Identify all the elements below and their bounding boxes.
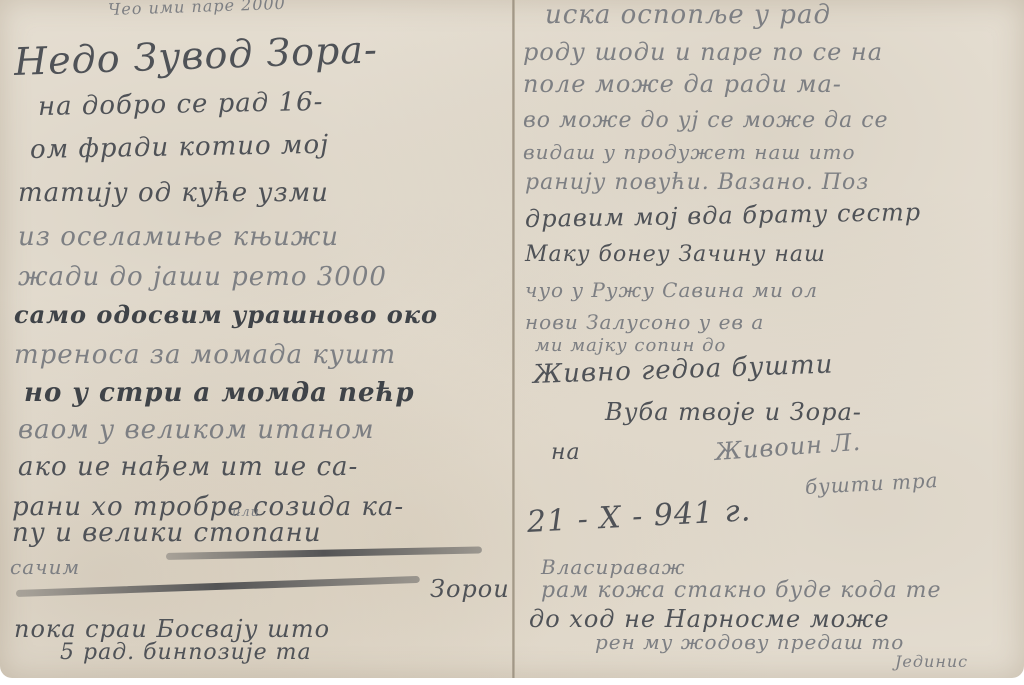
letter-line: 5 рад. бинпозије та (60, 640, 312, 665)
left-page: Чео ими паре 2000 Недо Зувод Зора- на до… (0, 0, 512, 678)
date: 21 - X - 941 г. (526, 493, 752, 540)
letter-line: Вуба твоје и Зора- (605, 398, 862, 426)
letter-line: ваом у великом итаном (18, 415, 375, 445)
letter-line: из оселамиње књижи (18, 222, 339, 252)
letter-line: татију од куће узми (18, 178, 329, 208)
letter-line: но у стри а момда пећр (24, 378, 415, 408)
letter-line: видаш у продужет наш ито (523, 140, 856, 164)
letter-line: до ход не Нарносме може (529, 605, 890, 633)
letter-line: на (551, 440, 581, 465)
letter-line: Маку бонеу Зачину наш (525, 242, 826, 267)
note-top: Чео ими паре 2000 (108, 0, 286, 19)
letter-line: пока сраи Босвају што (14, 615, 330, 643)
scribble-strikeout (166, 546, 482, 560)
letter-line: сачим (10, 555, 80, 579)
letter-line: чуо у Ружу Савина ми ол (525, 278, 818, 302)
letter-line: Јединис (895, 652, 968, 671)
letter-line: треноса за момада кушт (14, 340, 396, 370)
scribble-strikeout (16, 576, 420, 597)
letter-line: иска оспопље у рад (545, 0, 831, 30)
letter-line: ом фради котио мој (30, 130, 330, 165)
letter-line: ако ие нађем ит ие са- (18, 452, 358, 482)
letter-line: Недо Зувод Зора- (13, 27, 378, 84)
letter-line: дравим мој вда брату сестр (525, 198, 922, 233)
right-page: иска оспопље у рад роду шоди и паре по с… (515, 0, 1024, 678)
letter-line: бушти тра (804, 468, 939, 499)
letter-line: рен му жодову предаш то (595, 630, 904, 654)
letter-line: роду шоди и паре по се на (523, 38, 883, 66)
signature: Живоин Л. (714, 428, 862, 466)
letter-line: Власираваж (541, 555, 685, 579)
letter-line: ранију повући. Вазано. Поз (525, 170, 869, 195)
letter-line: поле може да ради ма- (523, 70, 842, 98)
letter-line: нови Залусоно у ев а (525, 310, 764, 334)
letter-line: Зорои (430, 575, 510, 603)
letter-line: на добро се рад 16- (38, 87, 324, 122)
letter-line: само одосвим урашново око (14, 300, 438, 329)
letter-line: во може до уј се може да се (523, 108, 889, 133)
letter-line: ми мајку сопин до (535, 335, 726, 356)
letter-line: рам кожа стакно буде кода те (541, 578, 942, 603)
letter-line: жади до јаши рето 3000 (18, 262, 387, 292)
letter-line: пу и велики стопани (12, 518, 321, 548)
letter-sheet: Чео ими паре 2000 Недо Зувод Зора- на до… (0, 0, 1024, 678)
